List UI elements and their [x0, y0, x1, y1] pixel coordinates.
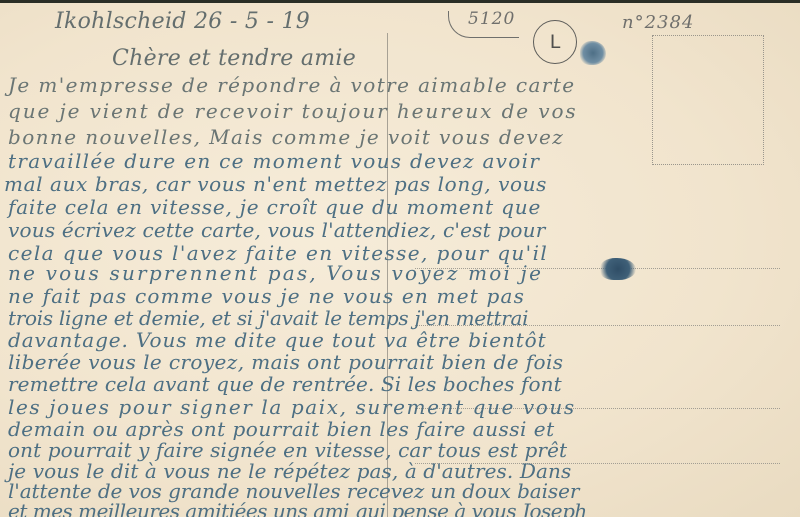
letter-line: Je m'empresse de répondre à votre aimabl… [8, 73, 575, 97]
place-date: Ikohlscheid 26 - 5 - 19 [55, 9, 310, 34]
letter-line: ne vous surprennent pas, Vous voyez moi … [8, 261, 543, 285]
greeting: Chère et tendre amie [112, 46, 356, 71]
ink-blot [580, 41, 606, 65]
circled-letter: L [533, 20, 577, 64]
letter-line: que je vient de recevoir toujour heureux… [8, 99, 578, 123]
letter-line: travaillée dure en ce moment vous devez … [8, 149, 540, 173]
letter-line: ne fait pas comme vous je ne vous en met… [8, 284, 525, 308]
letter-line: bonne nouvelles, Mais comme je voit vous… [8, 125, 564, 149]
letter-line: faite cela en vitesse, je croît que du m… [8, 195, 541, 219]
inventory-number: n°2384 [622, 12, 694, 33]
stamp-box [652, 35, 764, 165]
letter-line: les joues pour signer la paix, surement … [8, 395, 576, 419]
postcard: 5120 L n°2384 Ikohlscheid 26 - 5 - 19 Ch… [0, 3, 800, 517]
archive-number: 5120 [468, 9, 515, 29]
ink-blot [600, 258, 636, 280]
letter-line: et mes meilleures amitiées uns ami qui p… [8, 499, 587, 517]
letter-line: trois ligne et demie, et si j'avait le t… [8, 306, 528, 330]
letter-line: vous écrivez cette carte, vous l'attendi… [8, 218, 545, 242]
letter-line: mal aux bras, car vous n'ent mettez pas … [4, 172, 547, 196]
letter-line: remettre cela avant que de rentrée. Si l… [8, 372, 562, 396]
letter-line: davantage. Vous me dite que tout va être… [8, 328, 547, 352]
letter-line: liberée vous le croyez, mais ont pourrai… [8, 350, 563, 374]
